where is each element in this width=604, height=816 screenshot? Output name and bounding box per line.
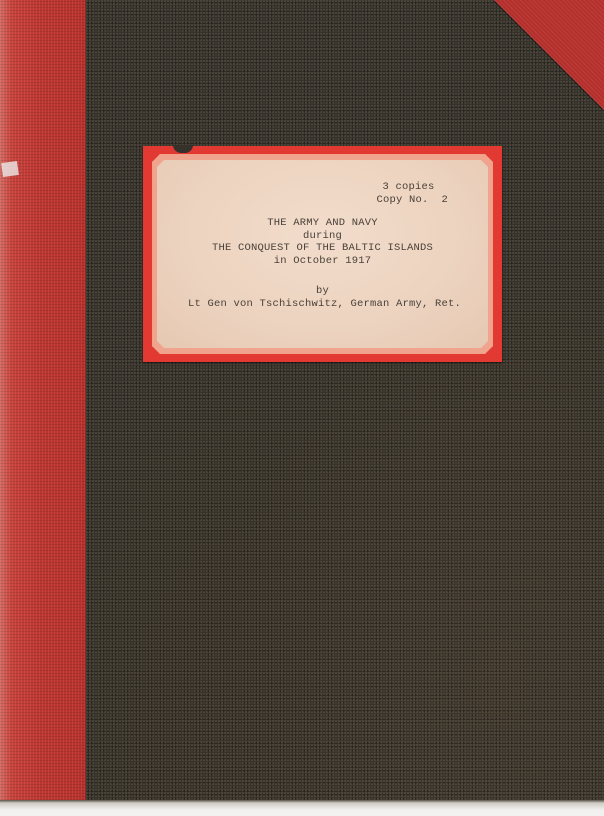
copies-count: 3 copies	[376, 181, 448, 194]
title-line-1: THE ARMY AND NAVY	[157, 217, 488, 230]
label-tear	[173, 145, 193, 153]
title-line-4: in October 1917	[157, 255, 488, 268]
title-line-2: during	[157, 230, 488, 242]
copy-info: 3 copies Copy No. 2	[376, 181, 448, 207]
cloth-spine	[0, 0, 86, 800]
by-word: by	[157, 285, 488, 298]
page-background	[0, 800, 604, 816]
byline-block: by Lt Gen von Tschischwitz, German Army,…	[157, 285, 488, 311]
cover-board	[86, 0, 604, 800]
tape-remnant	[1, 161, 19, 177]
title-block: THE ARMY AND NAVY during THE CONQUEST OF…	[157, 217, 488, 268]
label-paper: 3 copies Copy No. 2 THE ARMY AND NAVY du…	[157, 160, 488, 348]
title-label: 3 copies Copy No. 2 THE ARMY AND NAVY du…	[143, 146, 502, 362]
copy-number: Copy No. 2	[376, 194, 448, 207]
book-cover: 3 copies Copy No. 2 THE ARMY AND NAVY du…	[0, 0, 604, 800]
author: Lt Gen von Tschischwitz, German Army, Re…	[161, 298, 488, 311]
title-line-3: THE CONQUEST OF THE BALTIC ISLANDS	[157, 242, 488, 255]
